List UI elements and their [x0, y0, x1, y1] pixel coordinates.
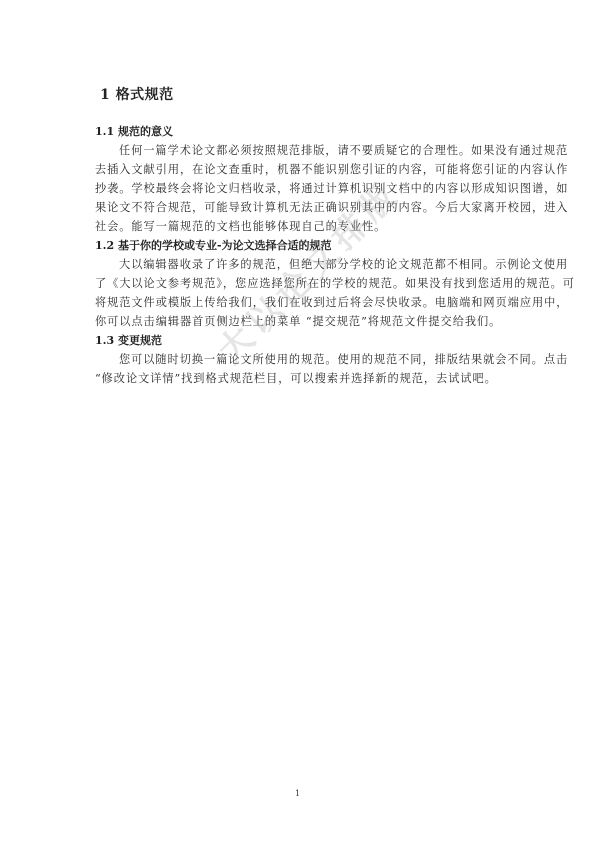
section-1-3-paragraph: 您可以随时切换一篇论文所使用的规范。使用的规范不同，排版结果就会不同。点击 “修… — [71, 350, 524, 388]
text-line: 你可以点击编辑器首页侧边栏上的菜单 “提交规范”将规范文件提交给我们。 — [71, 312, 524, 331]
section-1-2-paragraph: 大以编辑器收录了许多的规范，但绝大部分学校的论文规范都不相同。示例论文使用 了《… — [71, 255, 524, 331]
document-page: 1 格式规范 1.1 规范的意义 任何一篇学术论文都必须按照规范排版，请不要质疑… — [0, 0, 595, 842]
text-line: “修改论文详情”找到格式规范栏目，可以搜索并选择新的规范，去试试吧。 — [71, 369, 524, 388]
text-line: 将规范文件或模版上传给我们，我们在收到过后将会尽快收录。电脑端和网页端应用中， — [71, 293, 524, 312]
chapter-title: 1 格式规范 — [100, 84, 524, 106]
section-heading-1-2: 1.2 基于你的学校或专业-为论文选择合适的规范 — [95, 236, 524, 255]
text-line: 您可以随时切换一篇论文所使用的规范。使用的规范不同，排版结果就会不同。点击 — [71, 350, 524, 369]
section-1-1-paragraph: 任何一篇学术论文都必须按照规范排版，请不要质疑它的合理性。如果没有通过规范 去插… — [71, 141, 524, 236]
text-line: 任何一篇学术论文都必须按照规范排版，请不要质疑它的合理性。如果没有通过规范 — [71, 141, 524, 160]
text-line: 大以编辑器收录了许多的规范，但绝大部分学校的论文规范都不相同。示例论文使用 — [71, 255, 524, 274]
text-line: 果论文不符合规范，可能导致计算机无法正确识别其中的内容。今后大家离开校园，进入 — [71, 198, 524, 217]
text-line: 了《大以论文参考规范》，您应选择您所在的学校的规范。如果没有找到您适用的规范。可 — [71, 274, 524, 293]
section-heading-1-1: 1.1 规范的意义 — [95, 122, 524, 141]
text-line: 社会。能写一篇规范的文档也能够体现自己的专业性。 — [71, 217, 524, 236]
text-line: 去插入文献引用，在论文查重时，机器不能识别您引证的内容，可能将您引证的内容认作 — [71, 160, 524, 179]
page-content: 1 格式规范 1.1 规范的意义 任何一篇学术论文都必须按照规范排版，请不要质疑… — [71, 84, 524, 388]
text-line: 抄袭。学校最终会将论文归档收录，将通过计算机识别文档中的内容以形成知识图谱，如 — [71, 179, 524, 198]
section-heading-1-3: 1.3 变更规范 — [95, 331, 524, 350]
page-number: 1 — [0, 789, 595, 798]
